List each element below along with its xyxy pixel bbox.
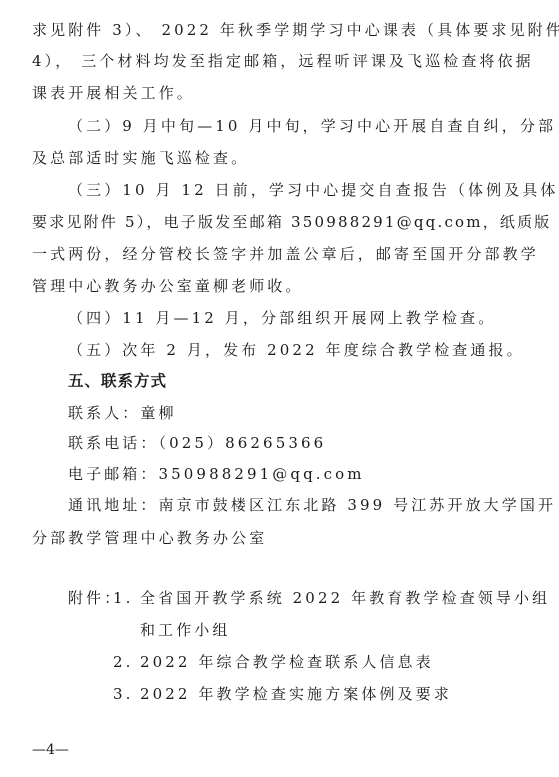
- paragraph-line: 4）， 三个材料均发至指定邮箱，远程听评课及飞巡检查将依据: [32, 51, 534, 71]
- section-heading: 五、联系方式: [68, 371, 167, 391]
- attachment-number: 1.: [113, 588, 134, 608]
- contact-phone: 联系电话：（025）86265366: [68, 433, 326, 453]
- attachment-item: 2022 年综合教学检查联系人信息表: [140, 652, 434, 672]
- page-number: —4—: [32, 742, 69, 758]
- attachment-number: 2.: [113, 652, 134, 672]
- paragraph-line: 课表开展相关工作。: [32, 83, 195, 103]
- paragraph-line: （四）11 月—12 月，分部组织开展网上教学检查。: [68, 308, 496, 328]
- attachment-number: 3.: [113, 684, 134, 704]
- contact-address: 通讯地址：南京市鼓楼区江东北路 399 号江苏开放大学国开: [68, 495, 556, 515]
- contact-address-continued: 分部教学管理中心教务办公室: [32, 528, 267, 548]
- paragraph-line: （五）次年 2 月，发布 2022 年度综合教学检查通报。: [68, 340, 525, 360]
- paragraph-line: （二）9 月中旬—10 月中旬，学习中心开展自查自纠，分部: [68, 116, 556, 136]
- paragraph-line: 要求见附件 5），电子版发至邮箱 350988291@qq.com，纸质版: [32, 212, 552, 232]
- paragraph-line: 求见附件 3）、 2022 年秋季学期学习中心课表（具体要求见附件: [32, 20, 559, 40]
- attachment-item: 全省国开教学系统 2022 年教育教学检查领导小组: [140, 588, 550, 608]
- contact-person: 联系人：童柳: [68, 403, 177, 423]
- paragraph-line: 管理中心教务办公室童柳老师收。: [32, 276, 304, 296]
- paragraph-line: 一式两份，经分管校长签字并加盖公章后，邮寄至国开分部教学: [32, 244, 539, 264]
- attachment-item: 2022 年教学检查实施方案体例及要求: [140, 684, 452, 704]
- paragraph-line: 及总部适时实施飞巡检查。: [32, 148, 249, 168]
- attachment-item-continued: 和工作小组: [140, 620, 231, 640]
- paragraph-line: （三）10 月 12 日前，学习中心提交自查报告（体例及具体: [68, 180, 558, 200]
- contact-email: 电子邮箱：350988291@qq.com: [68, 464, 365, 484]
